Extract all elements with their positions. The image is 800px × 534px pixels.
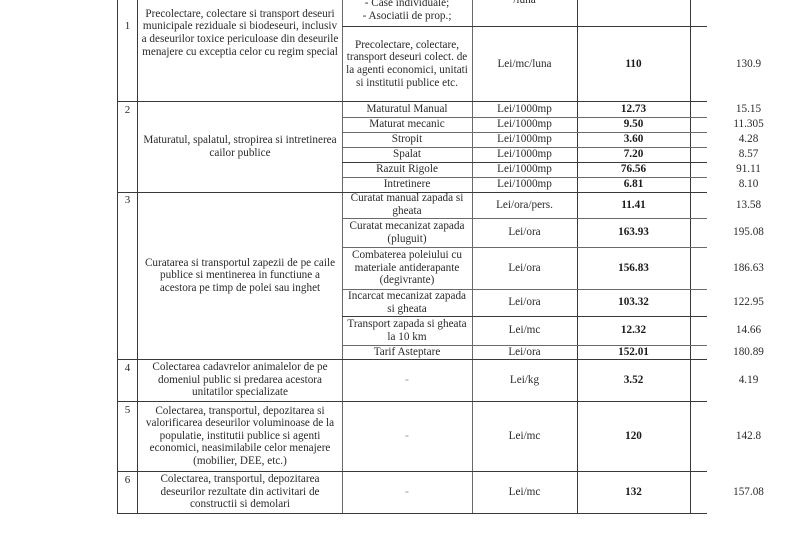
unit-cell: Lei/mc xyxy=(472,316,577,345)
price-cell: 152.01 xyxy=(577,345,690,359)
activity-cell: Tarif Asteptare xyxy=(342,345,472,359)
activity-cell: - xyxy=(342,401,472,471)
price-cell: 163.93 xyxy=(577,218,690,247)
price-tva-cell: 186.63 xyxy=(690,247,800,289)
row-number: 6 xyxy=(118,472,137,492)
column-divider xyxy=(690,0,691,514)
unit-cell: Lei/mc xyxy=(472,401,577,471)
price-tva-cell: 13.58 xyxy=(690,192,800,218)
activity-cell: Maturat mecanic xyxy=(342,117,472,132)
row-divider xyxy=(342,177,707,178)
unit-cell: Lei/1000mp xyxy=(472,132,577,147)
service-description: Maturatul, spalatul, stropirea si intret… xyxy=(138,102,342,192)
unit-cell: Lei/ora xyxy=(472,345,577,359)
price-tva-cell: 122.95 xyxy=(690,289,800,316)
price-tva-cell: 4.19 xyxy=(690,359,800,401)
activity-cell: Curatat mecanizat zapada (pluguit) xyxy=(342,218,472,247)
activity-cell: Combaterea poleiului cu materiale antide… xyxy=(342,247,472,289)
row-divider xyxy=(117,101,707,102)
row-divider xyxy=(342,316,707,317)
activity-cell: - xyxy=(342,471,472,513)
unit-cell: Lei/ora/pers. xyxy=(472,192,577,218)
price-cell: 156.83 xyxy=(577,247,690,289)
price-tva-cell: 14.66 xyxy=(690,316,800,345)
price-tva-cell: 8.57 xyxy=(690,147,800,162)
activity-cell: - Case individuale; - Asociatii de prop.… xyxy=(342,0,472,26)
row-number: 1 xyxy=(118,18,137,58)
row-divider xyxy=(342,345,707,346)
price-cell: 110 xyxy=(577,27,690,101)
column-divider xyxy=(472,0,473,514)
price-cell: 7.20 xyxy=(577,147,690,162)
row-number: 2 xyxy=(118,102,137,122)
activity-cell: Transport zapada si gheata la 10 km xyxy=(342,316,472,345)
row-divider xyxy=(342,218,707,219)
row-number: 4 xyxy=(118,360,137,380)
activity-cell: Maturatul Manual xyxy=(342,102,472,117)
price-cell: 3.52 xyxy=(577,359,690,401)
unit-cell: Lei/mc/luna xyxy=(472,27,577,101)
unit-cell: Lei/1000mp xyxy=(472,162,577,177)
column-divider xyxy=(137,0,138,514)
unit-cell: Lei/1000mp xyxy=(472,102,577,117)
activity-cell: Spalat xyxy=(342,147,472,162)
row-number: 3 xyxy=(118,192,137,212)
table-border-bottom xyxy=(117,513,707,514)
activity-cell: Razuit Rigole xyxy=(342,162,472,177)
row-divider xyxy=(117,471,707,472)
service-description: Precolectare, colectare si transport des… xyxy=(138,0,342,72)
activity-cell: Stropit xyxy=(342,132,472,147)
row-divider xyxy=(117,401,707,402)
price-cell: 120 xyxy=(577,401,690,471)
price-tva-cell: 11.305 xyxy=(690,117,800,132)
activity-cell: Precolectare, colectare, transport deseu… xyxy=(342,27,472,101)
column-divider xyxy=(342,0,343,359)
row-divider xyxy=(342,162,707,163)
row-divider xyxy=(342,132,707,133)
unit-cell: Lei/1000mp xyxy=(472,147,577,162)
unit-cell: Lei/ora xyxy=(472,247,577,289)
price-cell: 12.73 xyxy=(577,102,690,117)
activity-cell: Intretinere xyxy=(342,177,472,192)
column-divider xyxy=(342,359,343,514)
row-divider xyxy=(117,359,707,360)
price-tva-cell: 91.11 xyxy=(690,162,800,177)
price-cell: 3.60 xyxy=(577,132,690,147)
unit-cell: /luna xyxy=(472,0,577,8)
service-description: Colectarea, transportul, depozitarea si … xyxy=(138,401,342,471)
price-cell: 12.32 xyxy=(577,316,690,345)
column-divider xyxy=(577,0,578,514)
price-tva-cell: 130.9 xyxy=(690,27,800,101)
row-divider xyxy=(342,247,707,248)
unit-cell: Lei/1000mp xyxy=(472,177,577,192)
row-divider xyxy=(342,117,707,118)
price-tva-cell: 157.08 xyxy=(690,471,800,513)
activity-cell: Curatat manual zapada si gheata xyxy=(342,192,472,218)
table-border-left xyxy=(117,0,118,514)
row-divider xyxy=(342,147,707,148)
service-description: Colectarea cadavrelor animalelor de pe d… xyxy=(138,359,342,401)
price-tva-cell: 142.8 xyxy=(690,401,800,471)
row-divider xyxy=(342,26,707,27)
price-cell: 103.32 xyxy=(577,289,690,316)
price-tva-cell: 8.10 xyxy=(690,177,800,192)
service-description: Curatarea si transportul zapezii de pe c… xyxy=(138,192,342,359)
price-tva-cell: 180.89 xyxy=(690,345,800,359)
activity-cell: Incarcat mecanizat zapada si gheata xyxy=(342,289,472,316)
row-divider xyxy=(342,289,707,290)
service-description: Colectarea, transportul, depozitarea des… xyxy=(138,471,342,513)
unit-cell: Lei/ora xyxy=(472,218,577,247)
unit-cell: Lei/mc xyxy=(472,471,577,513)
price-cell: 132 xyxy=(577,471,690,513)
unit-cell: Lei/kg xyxy=(472,359,577,401)
activity-cell: - xyxy=(342,359,472,401)
row-divider xyxy=(117,192,707,193)
price-cell: 11.41 xyxy=(577,192,690,218)
unit-cell: Lei/ora xyxy=(472,289,577,316)
price-cell: 76.56 xyxy=(577,162,690,177)
document-page: 1 Precolectare, colectare si transport d… xyxy=(0,0,800,534)
price-cell: 9.50 xyxy=(577,117,690,132)
price-tva-cell: 195.08 xyxy=(690,218,800,247)
row-number: 5 xyxy=(118,402,137,422)
price-tva-cell: 15.15 xyxy=(690,102,800,117)
price-tva-cell: 4.28 xyxy=(690,132,800,147)
price-cell: 6.81 xyxy=(577,177,690,192)
unit-cell: Lei/1000mp xyxy=(472,117,577,132)
